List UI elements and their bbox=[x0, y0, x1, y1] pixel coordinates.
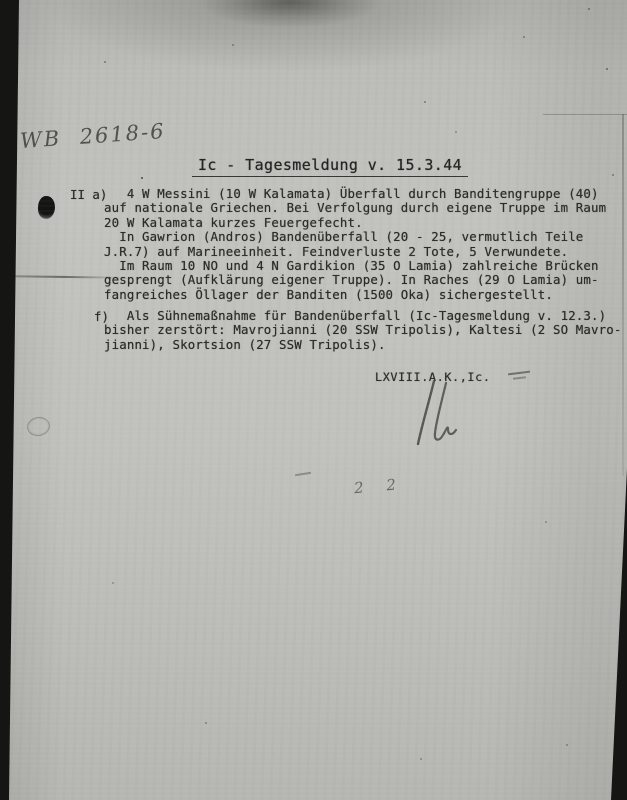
underlying-page-edge bbox=[622, 114, 624, 476]
dust-speck bbox=[205, 722, 207, 724]
underlying-page-edge bbox=[543, 114, 627, 115]
dust-speck bbox=[588, 8, 590, 10]
handwritten-reference: WB 2618-6 bbox=[19, 119, 166, 153]
pencil-dash-mark bbox=[508, 371, 530, 375]
dust-speck bbox=[523, 36, 525, 38]
crease-line bbox=[13, 275, 125, 278]
dust-speck bbox=[420, 758, 422, 760]
film-grain-overlay bbox=[0, 0, 627, 800]
page-title: Ic - Tagesmeldung v. 15.3.44 bbox=[192, 156, 468, 177]
pencil-dash-mark bbox=[513, 376, 526, 379]
document-page: WB 2618-6 Ic - Tagesmeldung v. 15.3.44 I… bbox=[0, 0, 627, 800]
section-body-f: Als Sühnemaßnahme für Bandenüberfall (Ic… bbox=[104, 309, 621, 352]
dust-speck bbox=[566, 744, 568, 746]
section-label-IIa: II a) bbox=[70, 187, 107, 202]
hole-punch-mark bbox=[26, 415, 52, 438]
dust-speck bbox=[104, 61, 106, 63]
dust-speck bbox=[606, 68, 608, 70]
ink-blot bbox=[37, 195, 56, 220]
pencil-dash-mark bbox=[295, 472, 311, 476]
handwritten-signature-mark bbox=[405, 378, 463, 450]
dust-speck bbox=[232, 44, 234, 46]
dust-speck bbox=[112, 582, 114, 584]
handwritten-page-number: 2 2 bbox=[353, 475, 405, 497]
dust-speck bbox=[455, 131, 457, 133]
document-scan: WB 2618-6 Ic - Tagesmeldung v. 15.3.44 I… bbox=[0, 0, 627, 800]
section-body-IIa: 4 W Messini (10 W Kalamata) Überfall dur… bbox=[104, 187, 606, 302]
dust-speck bbox=[141, 177, 143, 179]
dust-speck bbox=[424, 101, 426, 103]
dust-speck bbox=[545, 521, 547, 523]
dust-speck bbox=[612, 174, 614, 176]
